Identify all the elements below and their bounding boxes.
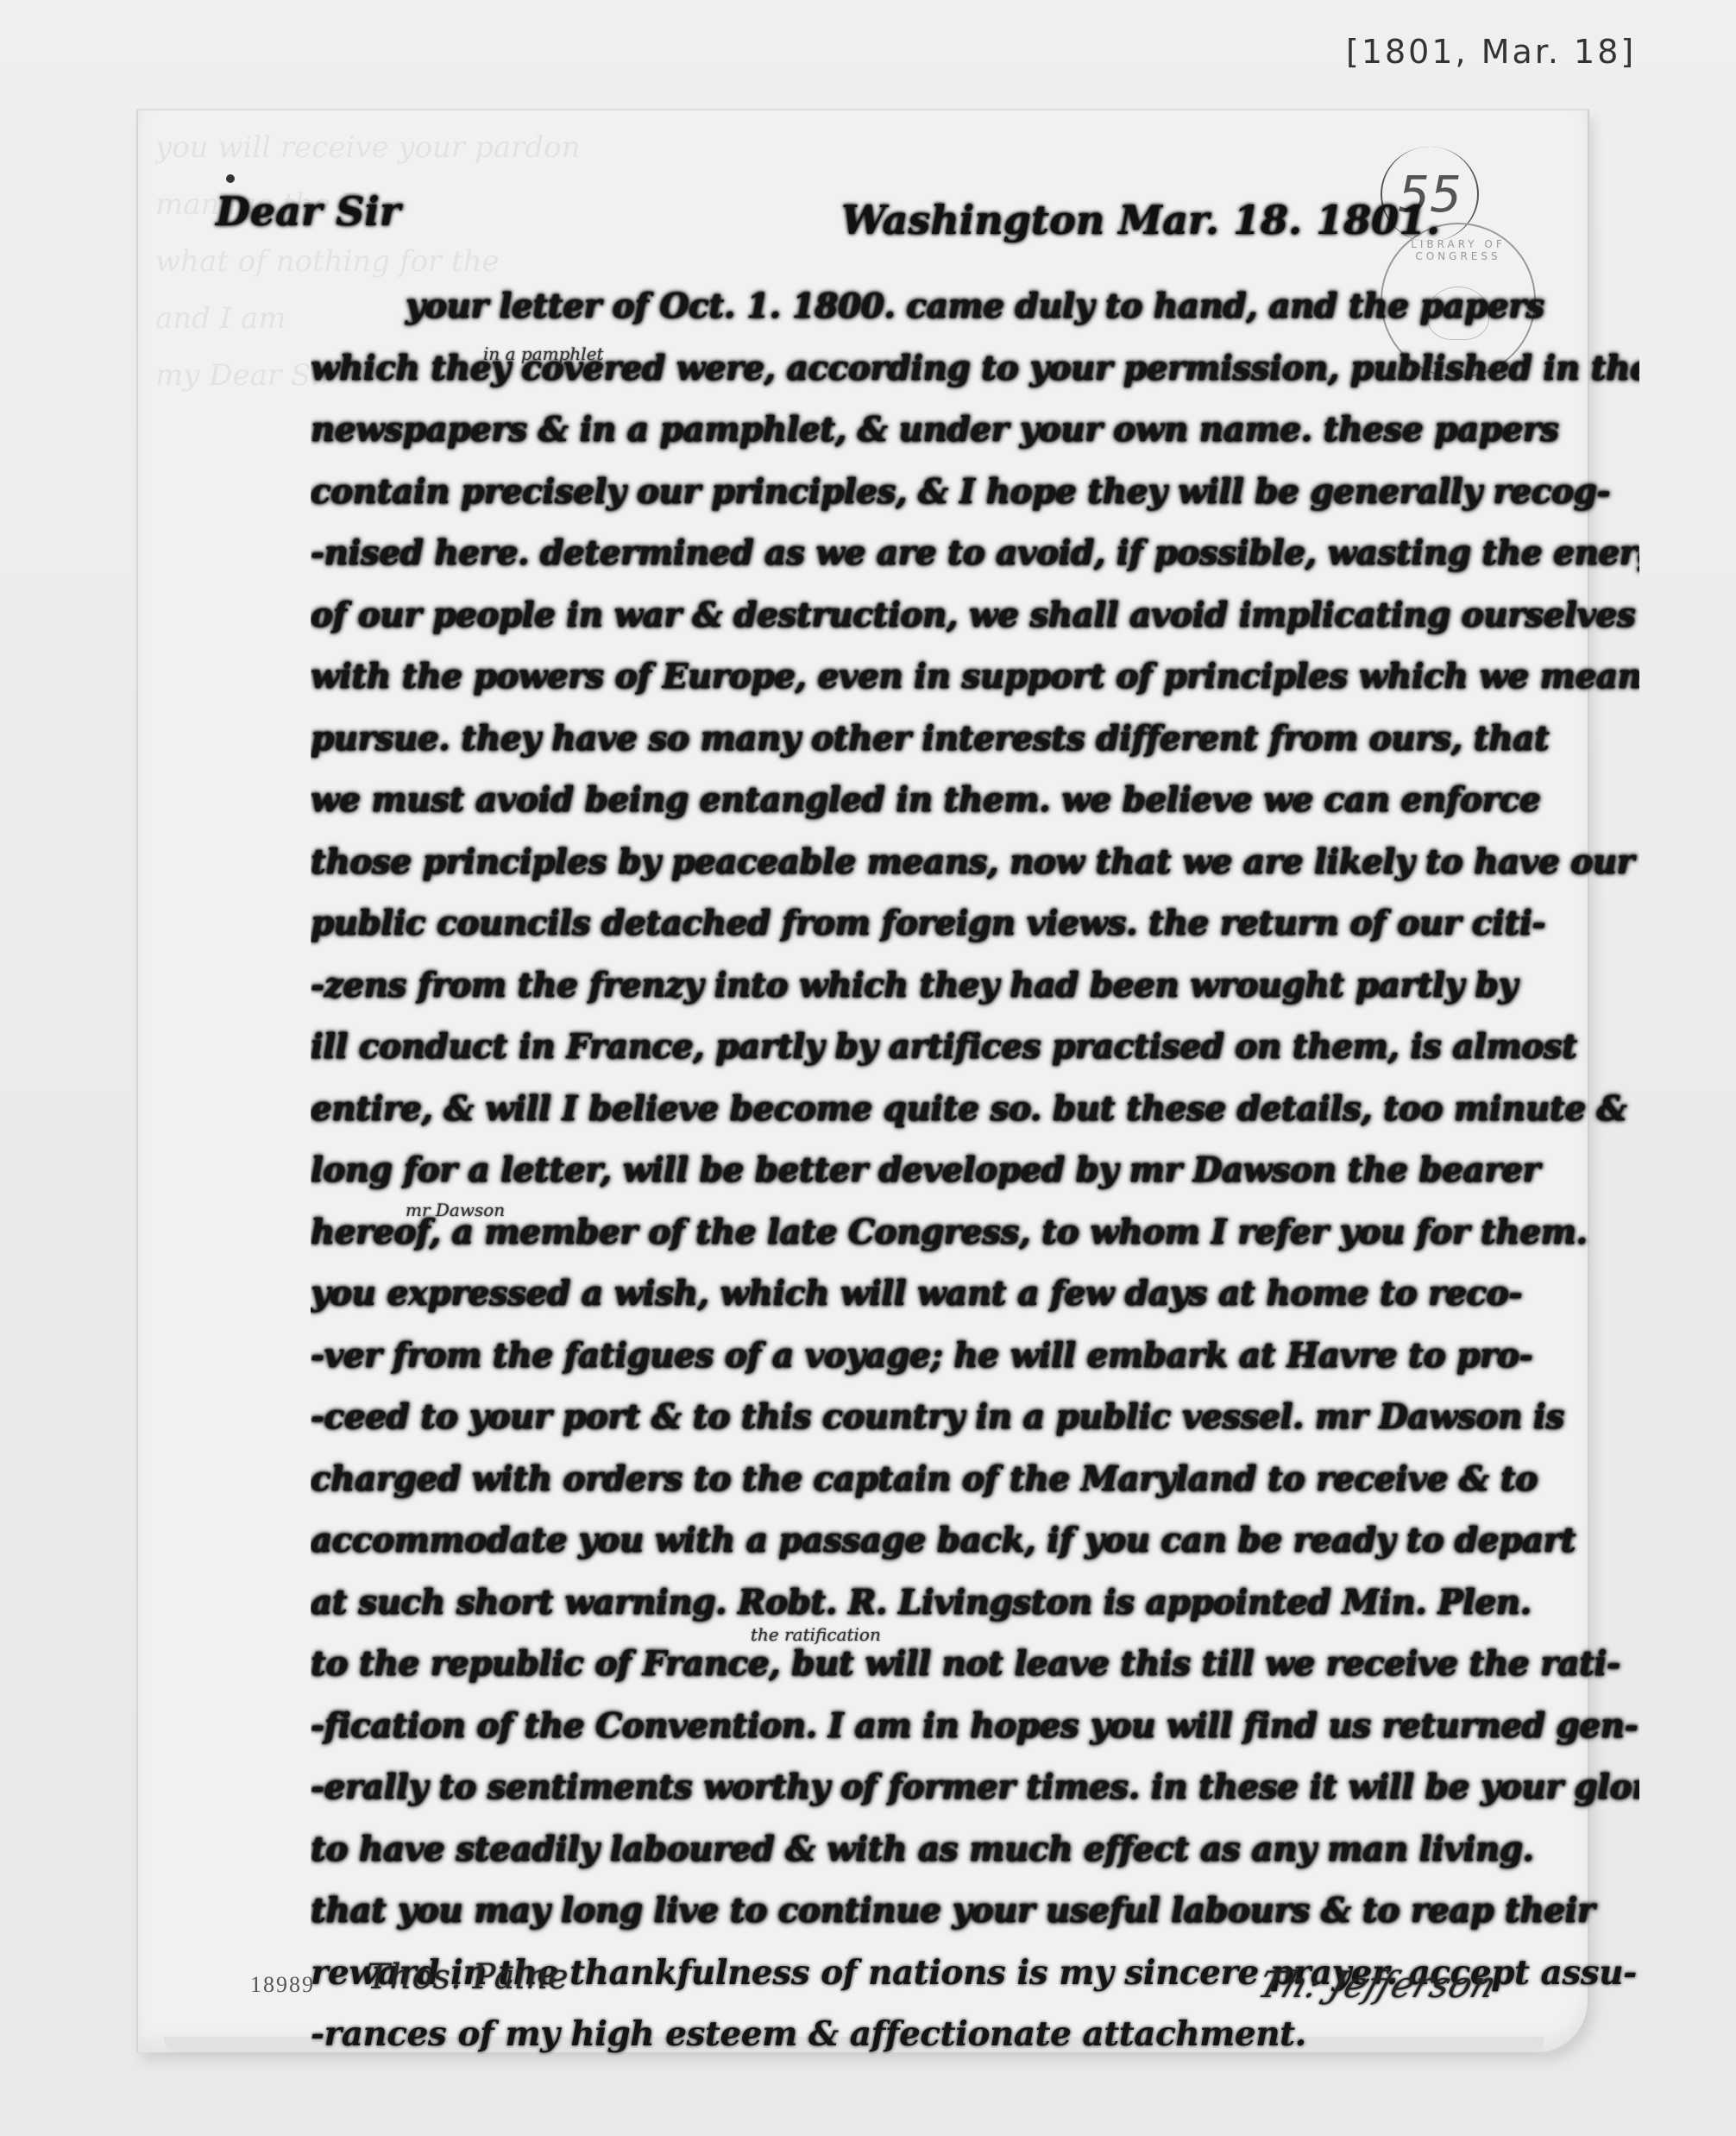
- letter-line: ill conduct in France, partly by artific…: [311, 1017, 1639, 1079]
- document-number: 18989: [250, 1972, 315, 1998]
- interlinear-note: mr Dawson: [406, 1200, 505, 1220]
- interlinear-note: the ratification: [751, 1624, 881, 1645]
- dateline: Washington Mar. 18. 1801.: [841, 197, 1440, 243]
- letter-line: -nised here. determined as we are to avo…: [311, 523, 1639, 585]
- letter-line: -ver from the fatigues of a voyage; he w…: [311, 1326, 1639, 1388]
- letter-line: your letter of Oct. 1. 1800. came duly t…: [311, 276, 1639, 338]
- letter-line: of our people in war & destruction, we s…: [311, 585, 1639, 647]
- letter-line: hereof, a member of the late Congress, t…: [311, 1202, 1639, 1264]
- letter-line: -fication of the Convention. I am in hop…: [311, 1696, 1639, 1758]
- letter-line: long for a letter, will be better develo…: [311, 1140, 1639, 1202]
- letter-line: entire, & will I believe become quite so…: [311, 1079, 1639, 1141]
- letter-line: pursue. they have so many other interest…: [311, 709, 1639, 771]
- interlinear-note: in a pamphlet: [483, 343, 604, 364]
- addressee: Thos. Paine: [367, 1957, 569, 1997]
- bleed-line: you will receive your pardon with: [155, 119, 587, 176]
- letter-body: your letter of Oct. 1. 1800. came duly t…: [311, 276, 1639, 2066]
- letter-line: -ceed to your port & to this country in …: [311, 1387, 1639, 1449]
- page-edge-shadow: [164, 2037, 1544, 2059]
- letter-line: newspapers & in a pamphlet, & under your…: [311, 400, 1639, 462]
- letter-line: -zens from the frenzy into which they ha…: [311, 955, 1639, 1018]
- letter-line: to the republic of France, but will not …: [311, 1634, 1639, 1696]
- letter-line: those principles by peaceable means, now…: [311, 832, 1639, 894]
- letter-line: you expressed a wish, which will want a …: [311, 1263, 1639, 1326]
- letter-line: charged with orders to the captain of th…: [311, 1449, 1639, 1511]
- letter-line: public councils detached from foreign vi…: [311, 893, 1639, 955]
- letter-line: with the powers of Europe, even in suppo…: [311, 646, 1639, 709]
- salutation: Dear Sir: [216, 188, 400, 235]
- letter-line: contain precisely our principles, & I ho…: [311, 462, 1639, 524]
- letter-line: to have steadily laboured & with as much…: [311, 1819, 1639, 1881]
- letter-line: -erally to sentiments worthy of former t…: [311, 1757, 1639, 1819]
- letter-line: that you may long live to continue your …: [311, 1881, 1639, 1943]
- signature: Th: Jefferson: [1253, 1963, 1502, 2006]
- archive-date-annotation: [1801, Mar. 18]: [1346, 33, 1636, 71]
- letter-line: accommodate you with a passage back, if …: [311, 1510, 1639, 1572]
- letter-line: at such short warning. Robt. R. Livingst…: [311, 1572, 1639, 1635]
- letter-line: we must avoid being entangled in them. w…: [311, 770, 1639, 832]
- ink-dot: [226, 174, 235, 183]
